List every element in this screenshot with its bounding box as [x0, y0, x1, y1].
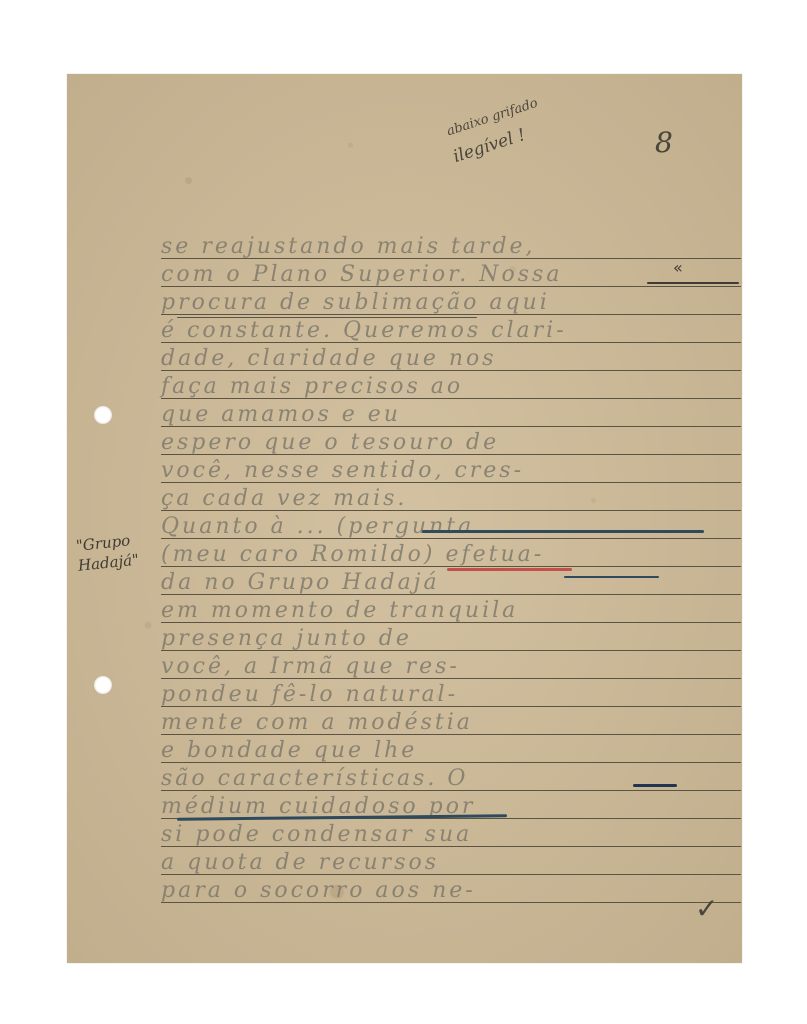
handwritten-line: são características. O — [161, 766, 468, 791]
handwritten-line: si pode condensar sua — [161, 822, 472, 847]
page-number: 8 — [655, 126, 673, 159]
handwritten-line: se reajustando mais tarde, — [161, 234, 536, 259]
handwritten-line: é constante. Queremos clari- — [161, 318, 567, 343]
handwritten-line: dade, claridade que nos — [161, 346, 497, 371]
handwritten-line: (meu caro Romildo) efetua- — [161, 542, 544, 567]
blue-underline — [633, 784, 677, 787]
handwritten-line: que amamos e eu — [161, 402, 401, 427]
pencil-underline — [647, 282, 739, 284]
handwritten-line: com o Plano Superior. Nossa — [161, 262, 562, 287]
handwritten-line: mente com a modéstia — [161, 710, 473, 735]
handwritten-line: e bondade que lhe — [161, 738, 417, 763]
checkmark-icon: ✓ — [695, 892, 718, 925]
handwritten-line: procura de sublimação aqui — [161, 290, 550, 315]
handwritten-line: da no Grupo Hadajá — [161, 570, 440, 595]
handwritten-line: pondeu fê-lo natural- — [161, 682, 458, 707]
handwritten-line: você, nesse sentido, cres- — [161, 458, 524, 483]
handwritten-line: espero que o tesouro de — [161, 430, 499, 455]
manuscript-page: abaixo grifado ilegível ! 8 "Grupo Hadaj… — [67, 74, 742, 963]
blue-underline — [422, 530, 704, 533]
handwritten-line: ça cada vez mais. — [161, 486, 407, 511]
handwritten-line: em momento de tranquila — [161, 598, 518, 623]
handwritten-line: faça mais precisos ao — [161, 374, 463, 399]
arrow-mark-icon: « — [673, 258, 683, 277]
handwritten-line: Quanto à ... (pergunta — [161, 514, 474, 539]
pencil-underline — [177, 317, 477, 318]
punch-hole-bottom — [94, 676, 112, 694]
margin-note: "Grupo Hadajá" — [75, 530, 140, 576]
handwritten-line: você, a Irmã que res- — [161, 654, 460, 679]
red-underline — [447, 568, 572, 571]
handwritten-line: a quota de recursos — [161, 850, 439, 875]
handwritten-line: presença junto de — [161, 626, 412, 651]
blue-underline — [564, 576, 659, 578]
top-annotation-line1: abaixo grifado — [445, 96, 540, 140]
punch-hole-top — [94, 406, 112, 424]
handwritten-line: para o socorro aos ne- — [161, 878, 476, 903]
